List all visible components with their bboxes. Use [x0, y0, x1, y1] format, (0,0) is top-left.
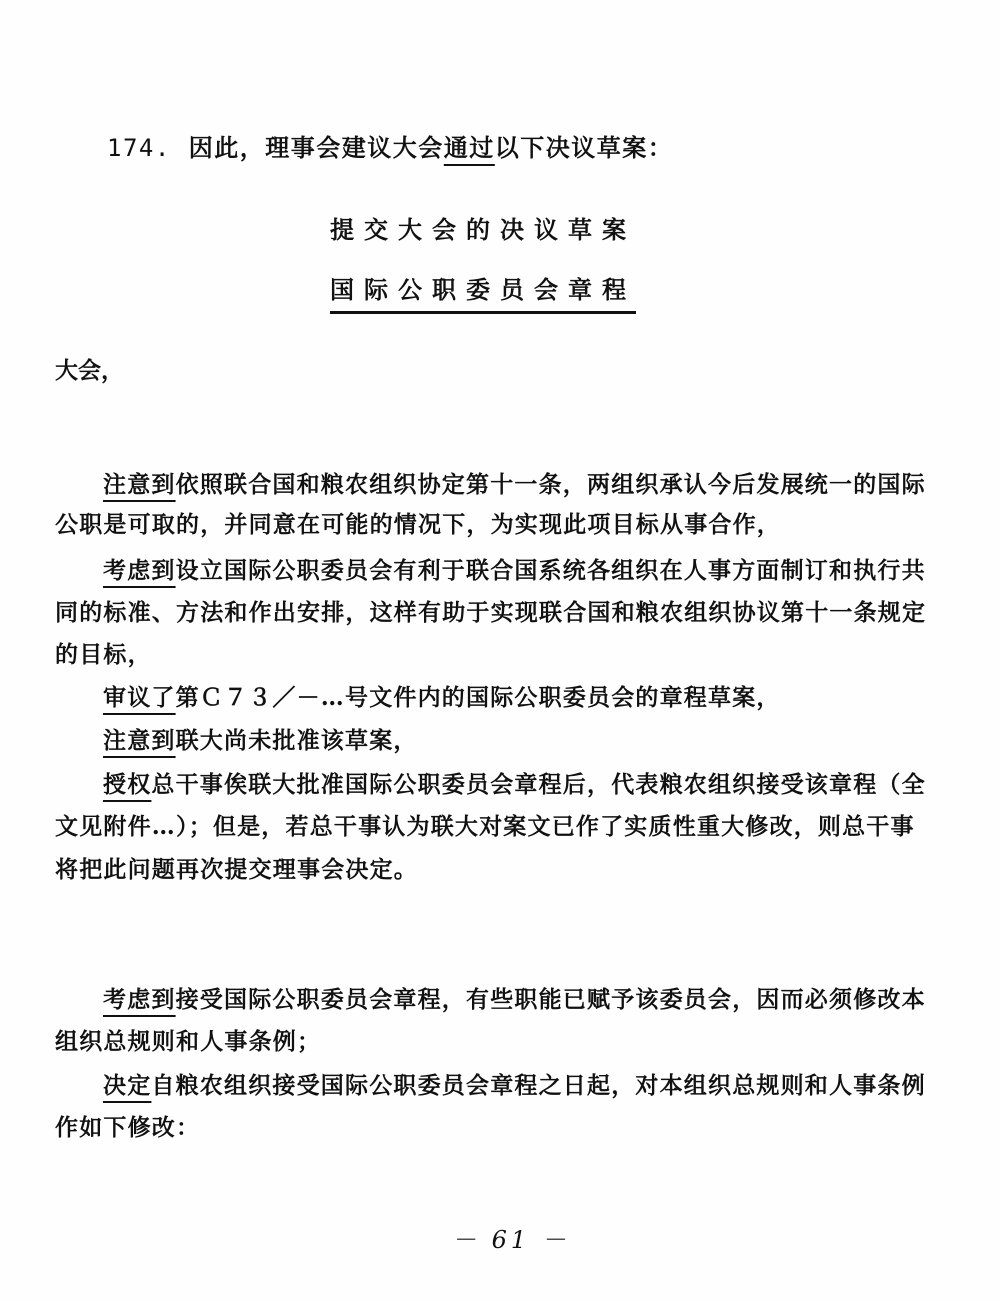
clause-lead: 审议了 [103, 684, 176, 711]
clause-5-line-2: 文见附件…）；但是，若总干事认为联大对案文已作了实质性重大修改，则总干事 [55, 812, 915, 842]
clause-2-line-2: 同的标准、方法和作出安排，这样有助于实现联合国和粮农组织协议第十一条规定 [55, 598, 926, 628]
clause-7-line-2: 作如下修改： [55, 1113, 200, 1143]
clause-2-line-1: 考虑到设立国际公职委员会有利于联合国系统各组织在人事方面制订和执行共 [103, 556, 926, 586]
clause-text: 设立国际公职委员会有利于联合国系统各组织在人事方面制订和执行共 [176, 557, 926, 584]
clause-text: 接受国际公职委员会章程，有些职能已赋予该委员会，因而必须修改本 [176, 986, 926, 1013]
clause-3-line-1: 审议了第Ｃ７３／－…号文件内的国际公职委员会的章程草案， [103, 683, 781, 713]
document-page: 174.因此，理事会建议大会通过以下决议草案： 提交大会的决议草案 国际公职委员… [0, 0, 1000, 1301]
intro-underlined-word: 通过 [444, 133, 495, 162]
clause-lead: 决定 [103, 1072, 151, 1099]
clause-1-line-1: 注意到依照联合国和粮农组织协定第十一条，两组织承认今后发展统一的国际 [103, 470, 926, 500]
clause-lead: 注意到 [103, 727, 176, 754]
clause-5-line-1: 授权总干事俟联大批准国际公职委员会章程后，代表粮农组织接受该章程（全 [103, 770, 926, 800]
salutation: 大会， [55, 352, 124, 385]
draft-resolution-title: 提交大会的决议草案 [330, 210, 636, 245]
clause-4-line-1: 注意到联大尚未批准该草案， [103, 726, 418, 756]
clause-lead: 授权 [103, 771, 151, 798]
resolution-intro: 174.因此，理事会建议大会通过以下决议草案： [107, 128, 673, 163]
clause-text: 联大尚未批准该草案， [176, 727, 418, 754]
clause-lead: 考虑到 [103, 986, 176, 1013]
clause-2-line-3: 的目标， [55, 640, 152, 670]
clause-6-line-2: 组织总规则和人事条例； [55, 1027, 321, 1057]
page-number: － 61 － [452, 1220, 570, 1255]
clause-1-line-2: 公职是可取的，并同意在可能的情况下，为实现此项目标从事合作， [55, 510, 781, 540]
clause-text: 自粮农组织接受国际公职委员会章程之日起，对本组织总规则和人事条例 [151, 1072, 925, 1099]
paragraph-number: 174. [107, 134, 171, 162]
clause-text: 第Ｃ７３／－…号文件内的国际公职委员会的章程草案， [176, 684, 781, 711]
clause-text: 依照联合国和粮农组织协定第十一条，两组织承认今后发展统一的国际 [176, 471, 926, 498]
clause-6-line-1: 考虑到接受国际公职委员会章程，有些职能已赋予该委员会，因而必须修改本 [103, 985, 926, 1015]
intro-text: 因此，理事会建议大会 [189, 133, 444, 162]
statute-title: 国际公职委员会章程 [330, 270, 636, 314]
clause-lead: 注意到 [103, 471, 176, 498]
clause-text: 总干事俟联大批准国际公职委员会章程后，代表粮农组织接受该章程（全 [151, 771, 925, 798]
clause-5-line-3: 将把此问题再次提交理事会决定。 [55, 855, 418, 885]
clause-lead: 考虑到 [103, 557, 176, 584]
clause-7-line-1: 决定自粮农组织接受国际公职委员会章程之日起，对本组织总规则和人事条例 [103, 1071, 926, 1101]
intro-text-end: 以下决议草案： [495, 133, 674, 162]
